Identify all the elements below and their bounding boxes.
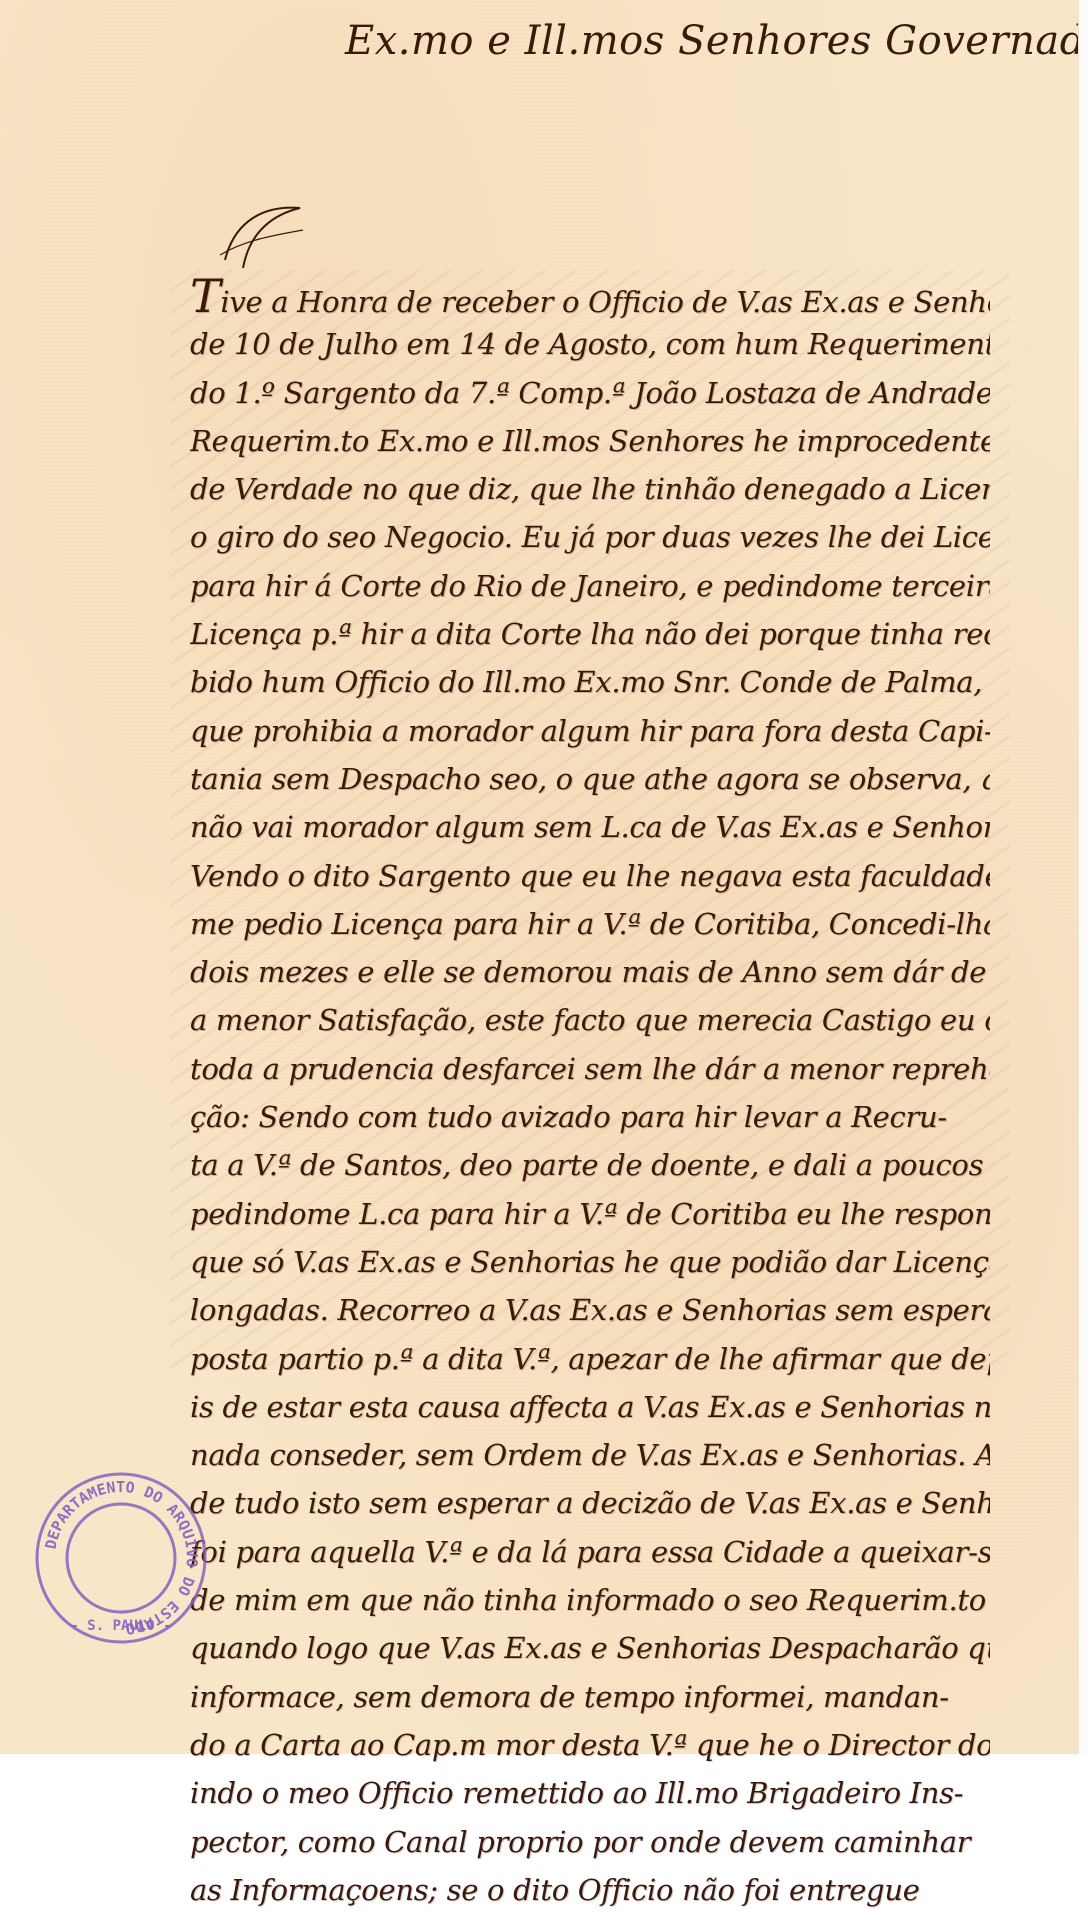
manuscript-line: dois mezes e elle se demorou mais de Ann…: [190, 948, 990, 996]
capital-flourish-icon: [215, 200, 305, 270]
manuscript-line: de mim em que não tinha informado o seo …: [190, 1576, 990, 1624]
manuscript-line: para hir á Corte do Rio de Janeiro, e pe…: [190, 562, 990, 610]
archive-stamp: DEPARTAMENTO DO ARQUIVO DO ESTADO - S. P…: [33, 1470, 209, 1646]
manuscript-line: quando logo que V.as Ex.as e Senhorias D…: [190, 1624, 990, 1672]
manuscript-line: toda a prudencia desfarcei sem lhe dár a…: [190, 1045, 990, 1093]
manuscript-page: Ex.mo e Ill.mos Senhores Governadores Ti…: [0, 0, 1078, 1754]
manuscript-line: do 1.º Sargento da 7.ª Comp.ª João Losta…: [190, 369, 990, 417]
manuscript-line: não vai morador algum sem L.ca de V.as E…: [190, 803, 990, 851]
manuscript-line: longadas. Recorreo a V.as Ex.as e Senhor…: [190, 1286, 990, 1334]
manuscript-line: de tudo isto sem esperar a decizão de V.…: [190, 1479, 990, 1527]
manuscript-line: tania sem Despacho seo, o que athe agora…: [190, 755, 990, 803]
manuscript-line: nada conseder, sem Ordem de V.as Ex.as e…: [190, 1431, 990, 1479]
manuscript-line: is de estar esta causa affecta a V.as Ex…: [190, 1383, 990, 1431]
manuscript-line: informace, sem demora de tempo informei,…: [190, 1673, 990, 1721]
manuscript-line: me pedio Licença para hir a V.ª de Corit…: [190, 900, 990, 948]
manuscript-line: pedindome L.ca para hir a V.ª de Coritib…: [190, 1190, 990, 1238]
letter-body: Tive a Honra de receber o Officio de V.a…: [190, 272, 990, 1754]
manuscript-line: Requerim.to Ex.mo e Ill.mos Senhores he …: [190, 417, 990, 465]
manuscript-line: posta partio p.ª a dita V.ª, apezar de l…: [190, 1335, 990, 1383]
manuscript-line: que só V.as Ex.as e Senhorias he que pod…: [190, 1238, 990, 1286]
stamp-bottom-text: - S. PAULO -: [70, 1618, 171, 1634]
manuscript-line: ta a V.ª de Santos, deo parte de doente,…: [190, 1141, 990, 1189]
manuscript-line: que prohibia a morador algum hir para fo…: [190, 707, 990, 755]
circular-stamp-icon: DEPARTAMENTO DO ARQUIVO DO ESTADO - S. P…: [33, 1470, 209, 1646]
manuscript-line: o giro do seo Negocio. Eu já por duas ve…: [190, 513, 990, 561]
manuscript-line: Licença p.ª hir a dita Corte lha não dei…: [190, 610, 990, 658]
manuscript-line: de Verdade no que diz, que lhe tinhão de…: [190, 465, 990, 513]
manuscript-line: Vendo o dito Sargento que eu lhe negava …: [190, 852, 990, 900]
scan-right-edge: [1078, 0, 1089, 1754]
manuscript-line: a menor Satisfação, este facto que merec…: [190, 996, 990, 1044]
manuscript-line: foi para aquella V.ª e da lá para essa C…: [190, 1528, 990, 1576]
letter-salutation-heading: Ex.mo e Ill.mos Senhores Governadores: [345, 18, 965, 64]
manuscript-line: bido hum Officio do Ill.mo Ex.mo Snr. Co…: [190, 658, 990, 706]
manuscript-line: de 10 de Julho em 14 de Agosto, com hum …: [190, 320, 990, 368]
manuscript-line: Tive a Honra de receber o Officio de V.a…: [190, 272, 990, 320]
manuscript-line: do a Carta ao Cap.m mor desta V.ª que he…: [190, 1721, 990, 1754]
manuscript-line: ção: Sendo com tudo avizado para hir lev…: [190, 1093, 990, 1141]
